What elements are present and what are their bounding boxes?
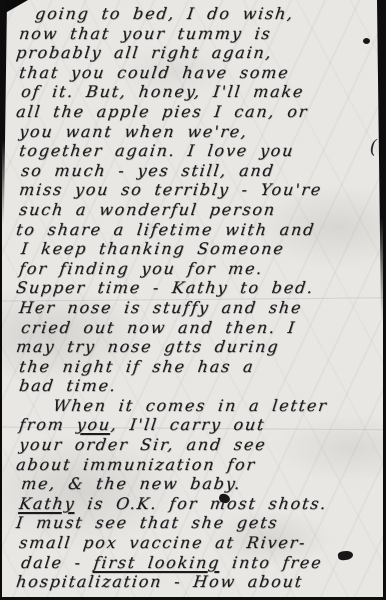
letter-line: I keep thanking Someone (14, 239, 381, 259)
scanned-letter-page: going to bed, I do wish,now that your tu… (0, 0, 386, 600)
letter-line: such a wonderful person (12, 200, 381, 220)
letter-line: small pox vaccine at River- (12, 533, 381, 553)
letter-line: together again. I love you (12, 141, 381, 161)
underlined-word: first looking (93, 553, 222, 572)
letter-line: me, & the new baby. (14, 474, 381, 494)
letter-line: to share a lifetime with and (9, 220, 381, 240)
letter-line: dale - first looking into free (14, 553, 381, 573)
letter-line: you want when we're, (12, 122, 381, 142)
letter-line: all the apple pies I can, or (9, 102, 381, 122)
letter-line: so much - yes still, and (14, 161, 381, 181)
letter-line: hospitalization - How about (9, 572, 381, 592)
letter-line: about immunization for (9, 455, 381, 475)
letter-line: may try nose gtts during (9, 337, 381, 357)
underlined-word: you (76, 415, 113, 434)
letter-line: When it comes in a letter (14, 396, 381, 416)
letter-line: of it. But, honey, I'll make (14, 82, 381, 102)
stray-pen-mark: ( (370, 136, 377, 158)
letter-line: now that your tummy is (12, 24, 381, 44)
letter-line: Supper time - Kathy to bed. (9, 278, 381, 298)
letter-line: bad time. (12, 376, 381, 396)
letter-line: the night if she has a (12, 357, 381, 377)
underlined-word: Kathy (18, 494, 77, 513)
letter-line: from you, I'll carry out (12, 415, 381, 435)
letter-line: your order Sir, and see (12, 435, 381, 455)
ink-blot (363, 38, 370, 44)
letter-body: going to bed, I do wish,now that your tu… (12, 4, 379, 592)
letter-line: miss you so terribly - You're (12, 180, 381, 200)
letter-paper: going to bed, I do wish,now that your tu… (2, 0, 383, 598)
letter-line: I must see that she gets (9, 513, 381, 533)
letter-line: Her nose is stuffy and she (12, 298, 381, 318)
letter-line: going to bed, I do wish, (14, 4, 381, 24)
letter-line: Kathy is O.K. for most shots. (12, 494, 381, 514)
letter-line: for finding you for me. (12, 259, 381, 279)
letter-line: probably all right again, (9, 43, 381, 63)
letter-line: that you could have some (12, 63, 381, 83)
letter-line: cried out now and then. I (14, 318, 381, 338)
